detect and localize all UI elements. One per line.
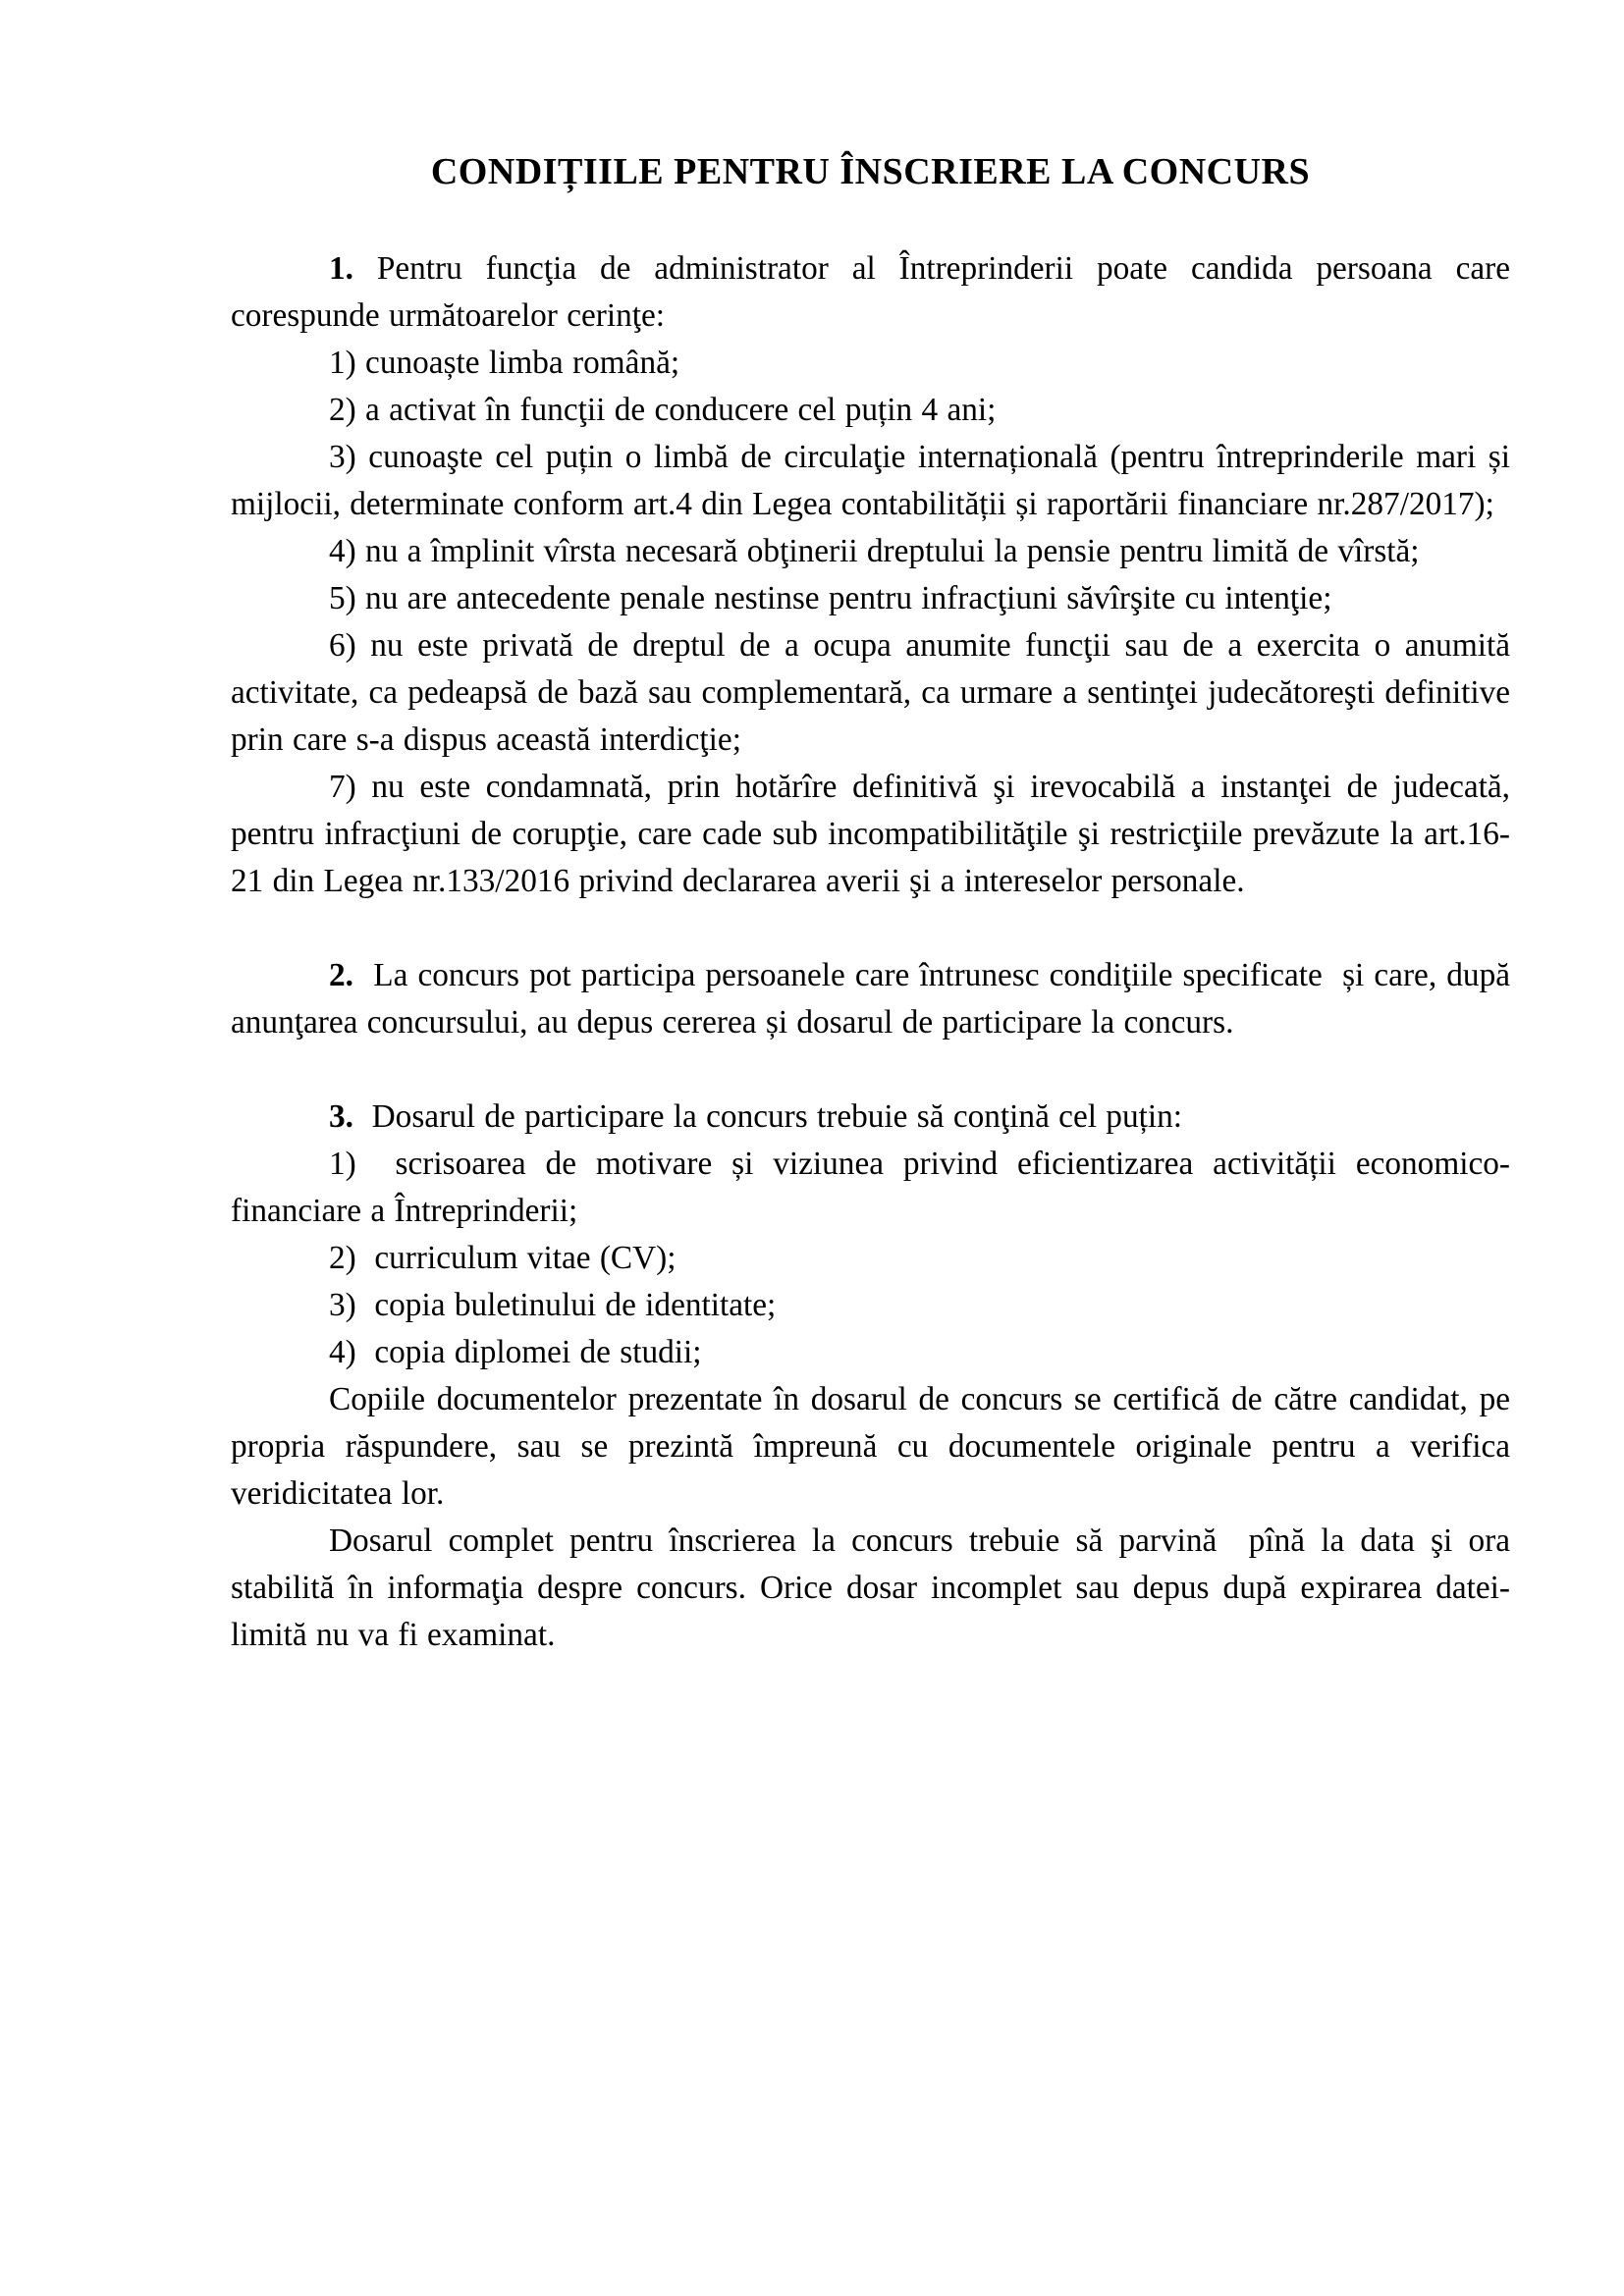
- paragraph: 1. Pentru funcţia de administrator al În…: [231, 245, 1510, 340]
- list-item-text: 4) nu a împlinit vîrsta necesară obţiner…: [329, 533, 1420, 569]
- document-content: CONDIȚIILE PENTRU ÎNSCRIERE LA CONCURS 1…: [0, 0, 1624, 2296]
- list-item-text: 5) nu are antecedente penale nestinse pe…: [329, 580, 1331, 616]
- list-item: 1) cunoaște limba română;: [231, 340, 1510, 387]
- list-item-text: 2) curriculum vitae (CV);: [329, 1240, 677, 1276]
- paragraph: 3. Dosarul de participare la concurs tre…: [231, 1094, 1510, 1141]
- paragraph-number: 1.: [329, 250, 353, 287]
- paragraph-number: 2.: [329, 957, 353, 993]
- document-body: 1. Pentru funcţia de administrator al În…: [231, 245, 1510, 1659]
- blank-line: [231, 905, 1510, 952]
- list-item: 2) curriculum vitae (CV);: [231, 1235, 1510, 1282]
- list-item-text: 1) cunoaște limba română;: [329, 345, 679, 381]
- list-item: 3) copia buletinului de identitate;: [231, 1282, 1510, 1329]
- list-item-text: 3) cunoaşte cel puțin o limbă de circula…: [231, 439, 1519, 522]
- paragraph-text: La concurs pot participa persoanele care…: [231, 957, 1519, 1041]
- list-item-text: 1) scrisoarea de motivare și viziunea pr…: [231, 1146, 1510, 1229]
- list-item-text: 6) nu este privată de dreptul de a ocupa…: [231, 627, 1519, 758]
- paragraph: Copiile documentelor prezentate în dosar…: [231, 1376, 1510, 1518]
- list-item-text: 7) nu este condamnată, prin hotărîre def…: [231, 769, 1519, 899]
- paragraph: 2. La concurs pot participa persoanele c…: [231, 952, 1510, 1046]
- paragraph: Dosarul complet pentru înscrierea la con…: [231, 1518, 1510, 1659]
- blank-line: [231, 1046, 1510, 1094]
- paragraph-text: Dosarul complet pentru înscrierea la con…: [231, 1522, 1519, 1653]
- list-item: 3) cunoaşte cel puțin o limbă de circula…: [231, 434, 1510, 528]
- list-item: 1) scrisoarea de motivare și viziunea pr…: [231, 1141, 1510, 1235]
- list-item: 7) nu este condamnată, prin hotărîre def…: [231, 764, 1510, 905]
- paragraph-text: Dosarul de participare la concurs trebui…: [353, 1098, 1182, 1135]
- list-item-text: 4) copia diplomei de studii;: [329, 1334, 702, 1370]
- list-item-text: 2) a activat în funcţii de conducere cel…: [329, 392, 996, 428]
- list-item-text: 3) copia buletinului de identitate;: [329, 1287, 776, 1323]
- paragraph-text: Pentru funcţia de administrator al Între…: [231, 250, 1519, 334]
- list-item: 2) a activat în funcţii de conducere cel…: [231, 387, 1510, 434]
- paragraph-number: 3.: [329, 1098, 353, 1135]
- list-item: 6) nu este privată de dreptul de a ocupa…: [231, 622, 1510, 764]
- list-item: 4) copia diplomei de studii;: [231, 1329, 1510, 1376]
- document-title: CONDIȚIILE PENTRU ÎNSCRIERE LA CONCURS: [231, 145, 1510, 199]
- list-item: 5) nu are antecedente penale nestinse pe…: [231, 575, 1510, 622]
- list-item: 4) nu a împlinit vîrsta necesară obţiner…: [231, 528, 1510, 575]
- document-page: CONDIȚIILE PENTRU ÎNSCRIERE LA CONCURS 1…: [0, 0, 1624, 2296]
- paragraph-text: Copiile documentelor prezentate în dosar…: [231, 1381, 1519, 1512]
